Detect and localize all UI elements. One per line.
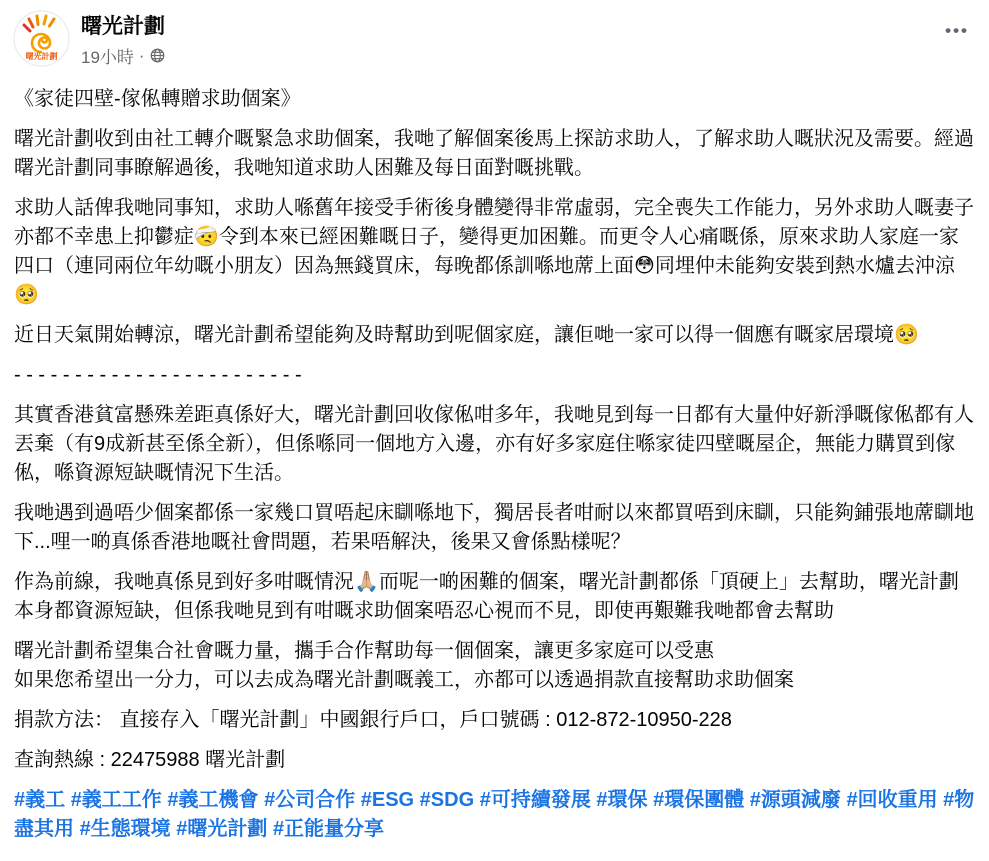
hashtag-link[interactable]: #公司合作: [264, 789, 355, 811]
dot-separator: ·: [139, 46, 145, 66]
hashtag-link[interactable]: #義工機會: [167, 789, 258, 811]
facebook-post-page: { "page": { "name": "曙光計劃", "logo_text":…: [0, 0, 989, 861]
post-paragraph-3: 近日天氣開始轉涼，曙光計劃希望能夠及時幫助到呢個家庭，讓佢哋一家可以得一個應有嘅…: [14, 321, 975, 350]
hashtag-link[interactable]: #正能量分享: [273, 818, 384, 840]
logo-text: 曙光計劃: [26, 51, 58, 61]
post-paragraph-4: 其實香港貧富懸殊差距真係好大，曙光計劃回收傢俬咁多年，我哋見到每一日都有大量仲好…: [14, 401, 975, 488]
post-content: 《家徒四壁-傢俬轉贈求助個案》 曙光計劃收到由社工轉介嘅緊急求助個案，我哋了解個…: [0, 85, 989, 844]
header-meta: 曙光計劃 19小時 ·: [81, 10, 165, 68]
hashtag-link[interactable]: #義工: [14, 789, 65, 811]
more-options-button[interactable]: •••: [935, 10, 975, 40]
post-paragraph-6: 作為前線，我哋真係見到好多咁嘅情況🙏🏼而呢一啲困難的個案，曙光計劃都係「頂硬上」…: [14, 568, 975, 626]
post-title: 《家徒四壁-傢俬轉贈求助個案》: [14, 85, 975, 114]
appeal-line-1: 曙光計劃希望集合社會嘅力量，攜手合作幫助每一個個案，讓更多家庭可以受惠: [14, 637, 975, 666]
post-paragraph-2: 求助人話俾我哋同事知，求助人喺舊年接受手術後身體變得非常虛弱，完全喪失工作能力，…: [14, 194, 975, 310]
dashed-separator: - - - - - - - - - - - - - - - - - - - - …: [14, 361, 975, 390]
hashtag-link[interactable]: #生態環境: [80, 818, 171, 840]
post-header: 曙光計劃 曙光計劃 19小時 · •••: [0, 0, 989, 68]
hotline-info: 查詢熱線 : 22475988 曙光計劃: [14, 746, 975, 775]
post-paragraph-1: 曙光計劃收到由社工轉介嘅緊急求助個案，我哋了解個案後馬上探訪求助人，了解求助人嘅…: [14, 125, 975, 183]
post-paragraph-7: 曙光計劃希望集合社會嘅力量，攜手合作幫助每一個個案，讓更多家庭可以受惠 如果您希…: [14, 637, 975, 695]
post-timestamp[interactable]: 19小時: [81, 43, 134, 68]
post-card: 曙光計劃 曙光計劃 19小時 · ••• 《家徒四壁-傢俬轉贈求助個案》 曙光計…: [0, 0, 989, 861]
hashtag-link[interactable]: #可持續發展: [480, 789, 591, 811]
page-name-link[interactable]: 曙光計劃: [81, 14, 165, 39]
appeal-line-2: 如果您希望出一分力，可以去成為曙光計劃嘅義工，亦都可以透過捐款直接幫助求助個案: [14, 666, 975, 695]
hashtags-block: #義工 #義工工作 #義工機會 #公司合作 #ESG #SDG #可持續發展 #…: [14, 786, 975, 844]
hashtag-link[interactable]: #SDG: [420, 789, 474, 811]
hashtag-link[interactable]: #環保團體: [653, 789, 744, 811]
hashtag-link[interactable]: #源頭減廢: [750, 789, 841, 811]
page-logo-icon: 曙光計劃: [13, 10, 70, 67]
hashtag-link[interactable]: #ESG: [361, 789, 414, 811]
timestamp-row: 19小時 ·: [81, 43, 165, 68]
page-avatar[interactable]: 曙光計劃: [13, 10, 70, 67]
globe-public-icon: [150, 48, 165, 63]
post-paragraph-5: 我哋遇到過唔少個案都係一家幾口買唔起床瞓喺地下，獨居長者咁耐以來都買唔到床瞓，只…: [14, 499, 975, 557]
hashtag-link[interactable]: #義工工作: [71, 789, 162, 811]
donation-info: 捐款方法： 直接存入「曙光計劃」中國銀行戶口，戶口號碼 : 012-872-10…: [14, 706, 975, 735]
hashtag-link[interactable]: #回收重用: [846, 789, 937, 811]
hashtag-link[interactable]: #環保: [596, 789, 647, 811]
hashtag-link[interactable]: #曙光計劃: [176, 818, 267, 840]
